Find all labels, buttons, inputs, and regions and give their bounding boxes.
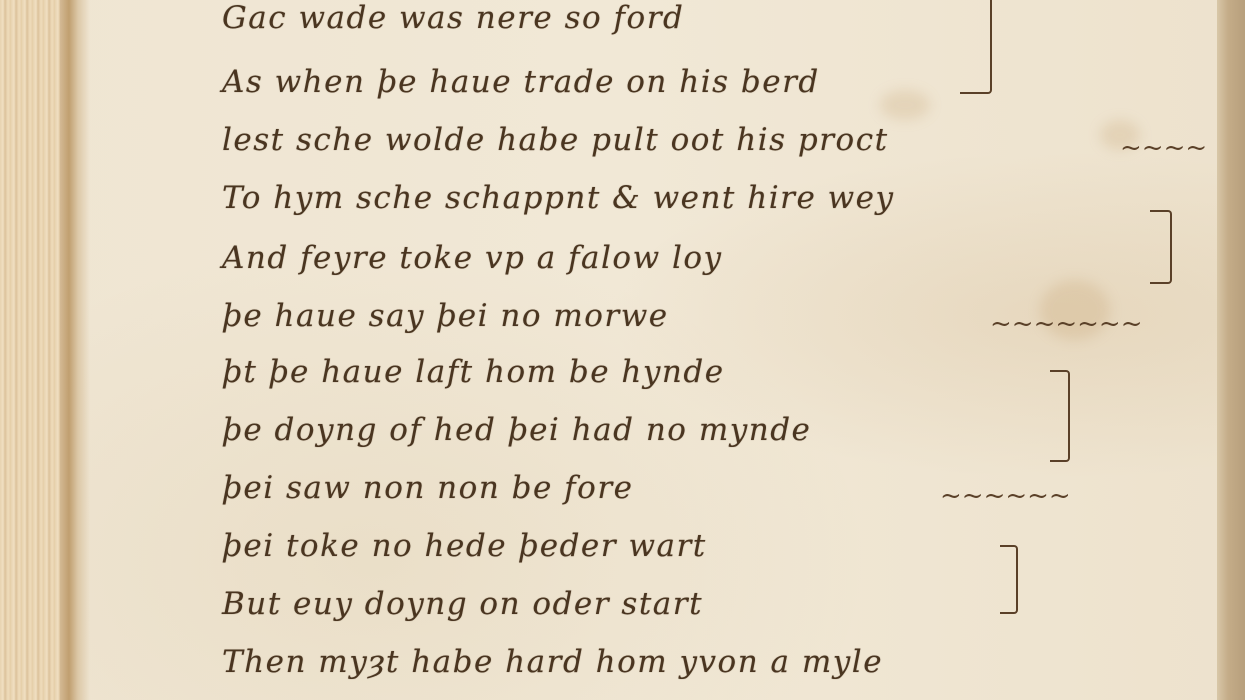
- manuscript-line: Gac wade was nere so ford: [222, 0, 684, 48]
- manuscript-line: And feyre toke vp a falow loy: [222, 240, 723, 288]
- margin-brace-icon: [1050, 370, 1070, 462]
- book-gutter: [0, 0, 60, 700]
- margin-brace-icon: [1000, 545, 1018, 614]
- line-filler-mark: ~~~~~~~: [990, 309, 1143, 339]
- page-binding-edge: [60, 0, 90, 700]
- line-filler-mark: ~~~~: [1120, 133, 1207, 163]
- manuscript-line: As when þe haue trade on his berd: [222, 64, 820, 112]
- manuscript-line: þei saw non non be fore: [222, 470, 633, 518]
- parchment-stain: [880, 90, 930, 120]
- manuscript-line: þe doyng of hed þei had no mynde: [222, 412, 811, 460]
- manuscript-line: But euy doyng on oder start: [222, 586, 703, 634]
- manuscript-line: To hym sche schappnt & went hire wey: [222, 180, 895, 228]
- margin-brace-icon: [960, 0, 992, 94]
- margin-brace-icon: [1150, 210, 1172, 284]
- manuscript-line: þei toke no hede þeder wart: [222, 528, 707, 576]
- manuscript-page: Gac wade was nere so ford As when þe hau…: [0, 0, 1245, 700]
- page-right-edge: [1217, 0, 1245, 700]
- manuscript-line: þt þe haue laft hom be hynde: [222, 354, 725, 402]
- manuscript-line: lest sche wolde habe pult oot his proct: [222, 122, 889, 170]
- line-filler-mark: ~~~~~~: [940, 481, 1071, 511]
- manuscript-line: þe haue say þei no morwe: [222, 298, 669, 346]
- manuscript-line: Then myȝt habe hard hom yvon a myle: [222, 644, 883, 692]
